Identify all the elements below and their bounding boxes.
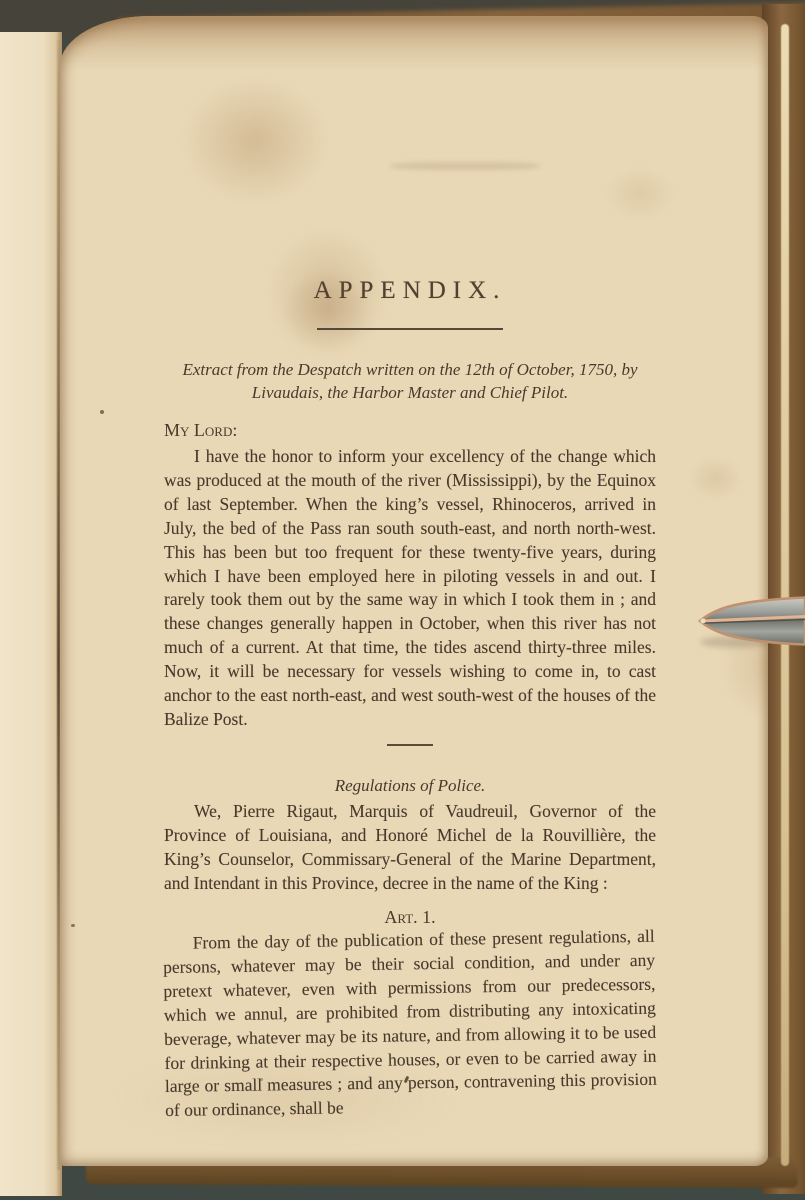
paragraph-despatch: I have the honor to inform your excellen… [164, 445, 656, 732]
page-title: APPENDIX. [164, 278, 656, 304]
show-through-smudge [390, 162, 540, 170]
metal-bookmark-clasp [697, 591, 805, 651]
book-photograph: APPENDIX. Extract from the Despatch writ… [0, 0, 805, 1200]
extract-heading: Extract from the Despatch written on the… [164, 358, 656, 404]
ink-speck [100, 410, 104, 414]
book-page: APPENDIX. Extract from the Despatch writ… [60, 16, 768, 1166]
page-text-column: APPENDIX. Extract from the Despatch writ… [164, 278, 656, 1123]
foxing-stain [180, 76, 330, 206]
foxing-stain [605, 166, 675, 221]
section-heading: Regulations of Police. [164, 774, 656, 797]
paragraph-article-1: From the day of the publication of these… [163, 924, 658, 1123]
title-divider-rule [317, 328, 503, 330]
foxing-stain [688, 456, 743, 501]
ink-speck [71, 924, 75, 927]
section-divider-rule [387, 744, 433, 746]
left-page-sliver [0, 32, 62, 1196]
paragraph-decree: We, Pierre Rigaut, Marquis of Vaudreuil,… [164, 800, 656, 896]
salutation: My Lord: [164, 418, 656, 442]
page-top-stain [60, 16, 768, 70]
